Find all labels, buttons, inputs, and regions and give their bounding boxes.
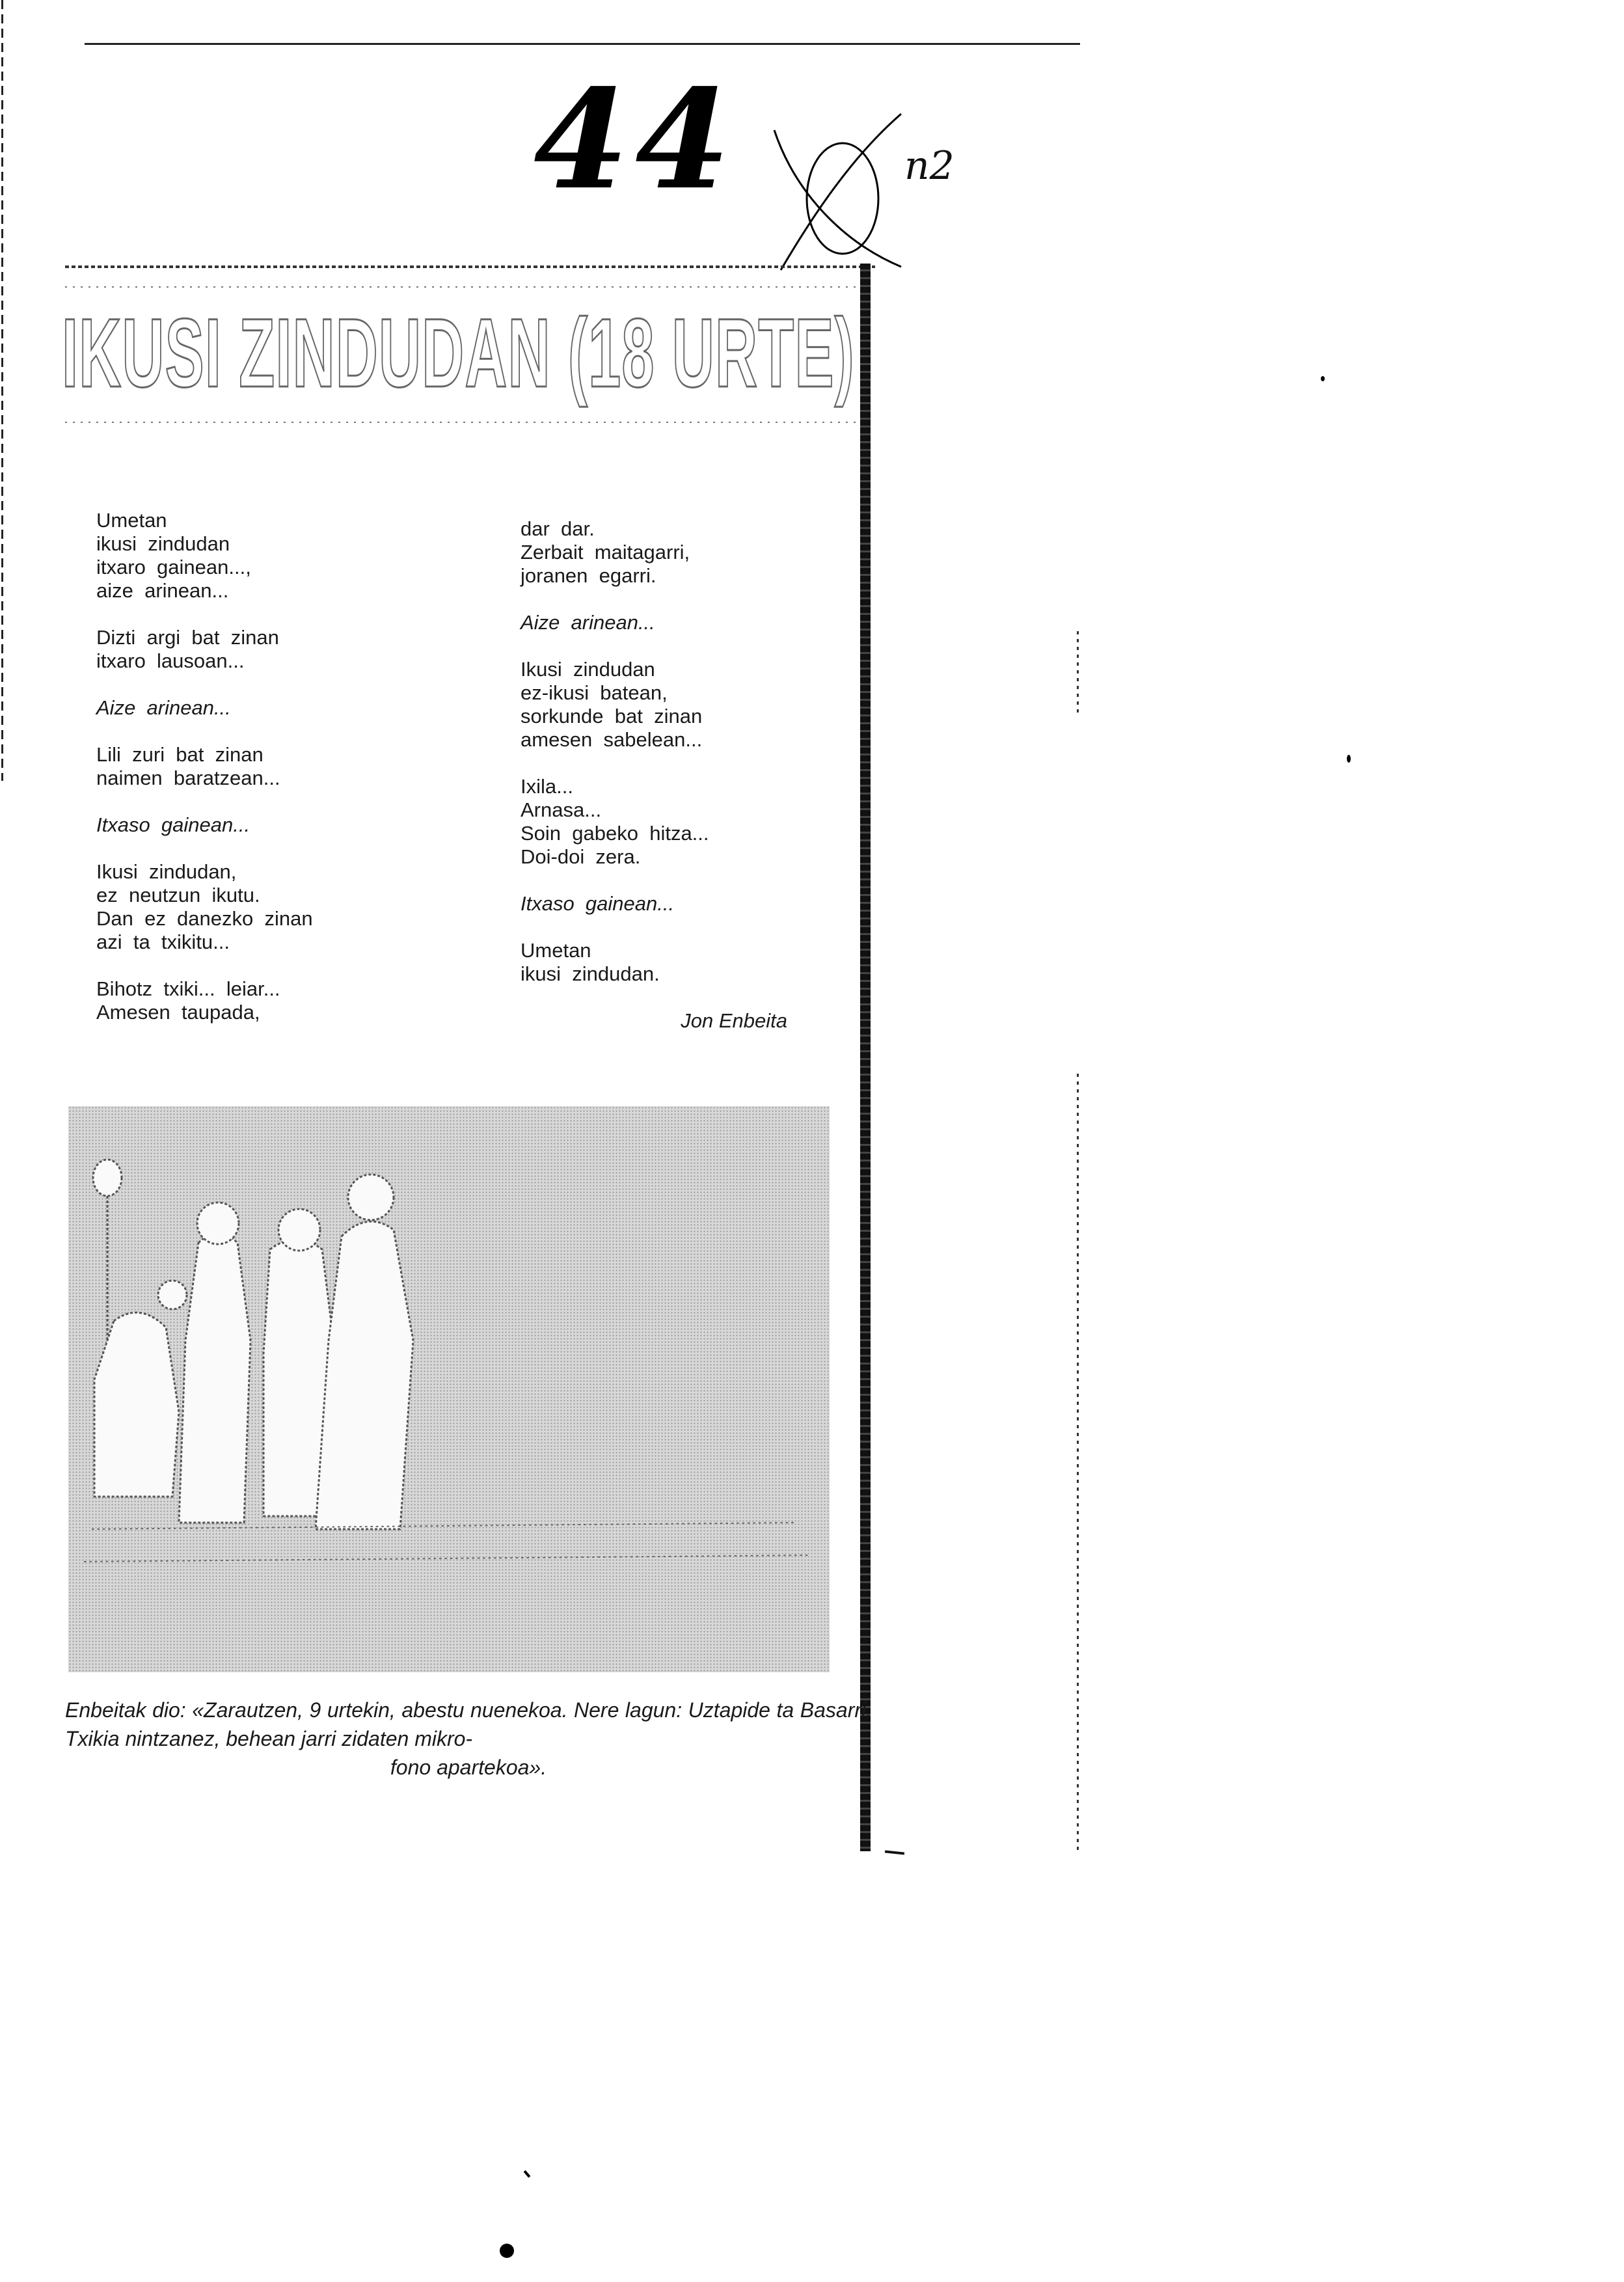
handwritten-page-number: 44 [534,72,737,208]
poem-line: azi ta txikitu... [96,930,422,954]
poem-line: Aize arinean... [96,696,422,720]
top-rule [85,43,1080,45]
poem-line: Bihotz txiki... leiar... [96,977,422,1001]
poem-line: Dan ez danezko zinan [96,907,422,930]
title-bottom-rule [65,422,859,423]
poem-stanza: Dizti argi bat zinanitxaro lausoan... [96,626,422,673]
poem-stanza: Umetanikusi zindudan. [521,939,846,986]
poem-left-column: Umetanikusi zindudanitxaro gainean...,ai… [96,509,422,1048]
photo-figures [68,1106,830,1672]
scan-speck [524,2170,531,2178]
poem-line: ez neutzun ikutu. [96,884,422,907]
clipping-corner-mark [885,1850,904,1854]
scan-left-edge [1,0,3,781]
poem-line: Zerbait maitagarri, [521,541,846,564]
poem-line: itxaro lausoan... [96,649,422,673]
poem-stanza: Ixila...Arnasa...Soin gabeko hitza...Doi… [521,775,846,869]
poem-line: ez-ikusi batean, [521,681,846,705]
scan-speck [1347,755,1351,763]
poem-author: Jon Enbeita [521,1009,846,1033]
poem-line: amesen sabelean... [521,728,846,752]
poem-line: Lili zuri bat zinan [96,743,422,767]
poem-line: Ikusi zindudan [521,658,846,681]
poem-line: naimen baratzean... [96,767,422,790]
poem-line: ikusi zindudan. [521,962,846,986]
poem-line: aize arinean... [96,579,422,603]
handwritten-note: n2 [904,143,954,189]
poem-line: Umetan [96,509,422,532]
poem-line: Dizti argi bat zinan [96,626,422,649]
caption-main: Enbeitak dio: «Zarautzen, 9 urtekin, abe… [65,1698,872,1750]
article-title: IKUSI ZINDUDAN (18 urte) [62,301,540,405]
poem-right-column: dar dar.Zerbait maitagarri,joranen egarr… [521,517,846,1033]
poem-line: Arnasa... [521,798,846,822]
poem-line: Aize arinean... [521,611,846,634]
poem-line: joranen egarri. [521,564,846,588]
poem-stanza: Lili zuri bat zinannaimen baratzean... [96,743,422,790]
poem-stanza: dar dar.Zerbait maitagarri,joranen egarr… [521,517,846,588]
poem-line: Soin gabeko hitza... [521,822,846,845]
poem-stanza: Itxaso gainean... [521,892,846,916]
poem-line: dar dar. [521,517,846,541]
clipping-top-border [65,265,875,268]
poem-line: Itxaso gainean... [96,813,422,837]
scan-speck [500,2244,514,2258]
poem-line: Ixila... [521,775,846,798]
poem-line: sorkunde bat zinan [521,705,846,728]
poem-line: Doi-doi zera. [521,845,846,869]
scan-speck [1321,376,1325,381]
title-top-rule [65,286,859,288]
poem-stanza: Ikusi zindudan,ez neutzun ikutu.Dan ez d… [96,860,422,954]
poem-stanza: Aize arinean... [521,611,846,634]
poem-stanza: Umetanikusi zindudanitxaro gainean...,ai… [96,509,422,603]
caption-last-line: fono apartekoa». [65,1753,872,1782]
poem-line: itxaro gainean..., [96,556,422,579]
scan-mark [1077,1074,1079,1854]
poem-stanza: Ikusi zindudanez-ikusi batean,sorkunde b… [521,658,846,752]
poem-stanza: Itxaso gainean... [96,813,422,837]
poem-stanza: Aize arinean... [96,696,422,720]
article-photo [68,1106,830,1672]
crossed-circle-mark-icon [755,111,917,273]
poem-stanza: Bihotz txiki... leiar...Amesen taupada, [96,977,422,1024]
poem-line: Umetan [521,939,846,962]
poem-line: Itxaso gainean... [521,892,846,916]
clipping-right-border [860,264,871,1851]
poem-line: ikusi zindudan [96,532,422,556]
poem-line: Amesen taupada, [96,1001,422,1024]
poem-line: Ikusi zindudan, [96,860,422,884]
scan-mark [1077,631,1079,716]
photo-caption: Enbeitak dio: «Zarautzen, 9 urtekin, abe… [65,1696,872,1782]
